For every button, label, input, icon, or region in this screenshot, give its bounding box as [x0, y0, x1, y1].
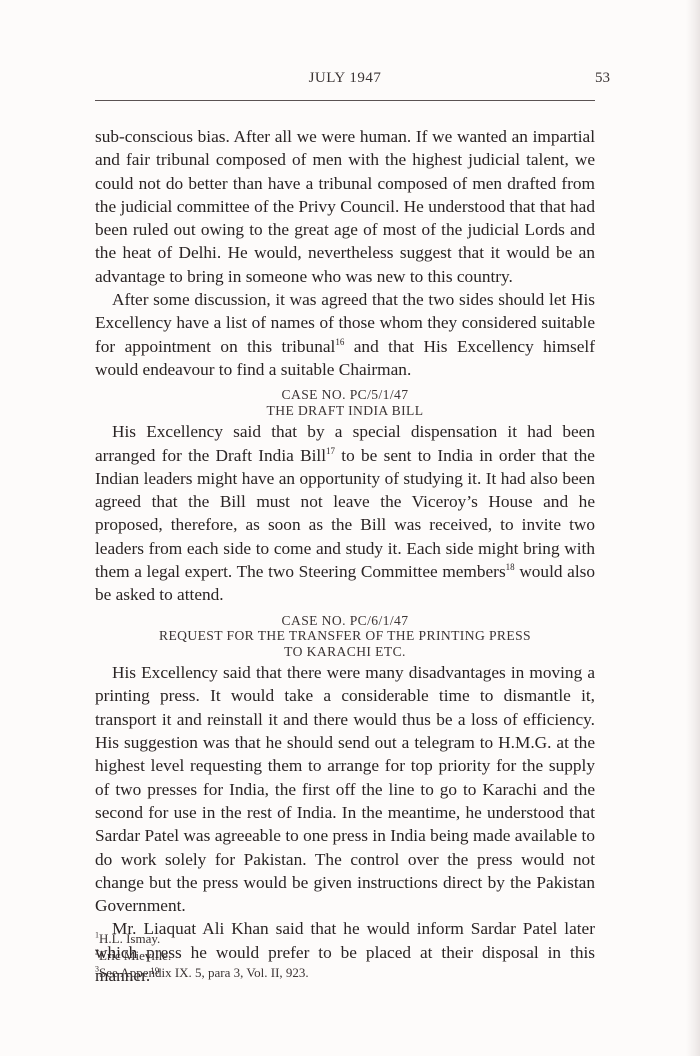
footnote-ref: 16 [335, 337, 344, 347]
page-edge-shadow [686, 0, 700, 1056]
case-number: CASE NO. PC/5/1/47 [95, 387, 595, 403]
paragraph-3: His Excellency said that by a special di… [95, 420, 595, 606]
body-text: sub-conscious bias. After all we were hu… [95, 125, 595, 987]
case-title-line: TO KARACHI ETC. [95, 644, 595, 660]
footnote-ref: 17 [326, 446, 335, 456]
footnotes: 1H.L. Ismay. 2Eric Mieville. 3See Append… [95, 930, 595, 981]
footnote-ref: 18 [506, 562, 515, 572]
paragraph-4: His Excellency said that there were many… [95, 661, 595, 917]
footnote: 3See Appendix IX. 5, para 3, Vol. II, 92… [95, 964, 595, 981]
running-head: JULY 1947 53 [95, 70, 595, 94]
case-title-line: REQUEST FOR THE TRANSFER OF THE PRINTING… [95, 628, 595, 644]
case-heading-1: CASE NO. PC/5/1/47 THE DRAFT INDIA BILL [95, 387, 595, 418]
footnote: 2Eric Mieville. [95, 947, 595, 964]
header-rule [95, 100, 595, 101]
case-number: CASE NO. PC/6/1/47 [95, 613, 595, 629]
page-number: 53 [595, 70, 610, 87]
paragraph-2: After some discussion, it was agreed tha… [95, 288, 595, 381]
case-title: THE DRAFT INDIA BILL [95, 403, 595, 419]
paragraph-1: sub-conscious bias. After all we were hu… [95, 125, 595, 288]
case-heading-2: CASE NO. PC/6/1/47 REQUEST FOR THE TRANS… [95, 613, 595, 660]
footnote: 1H.L. Ismay. [95, 930, 595, 947]
running-title: JULY 1947 [95, 70, 595, 87]
